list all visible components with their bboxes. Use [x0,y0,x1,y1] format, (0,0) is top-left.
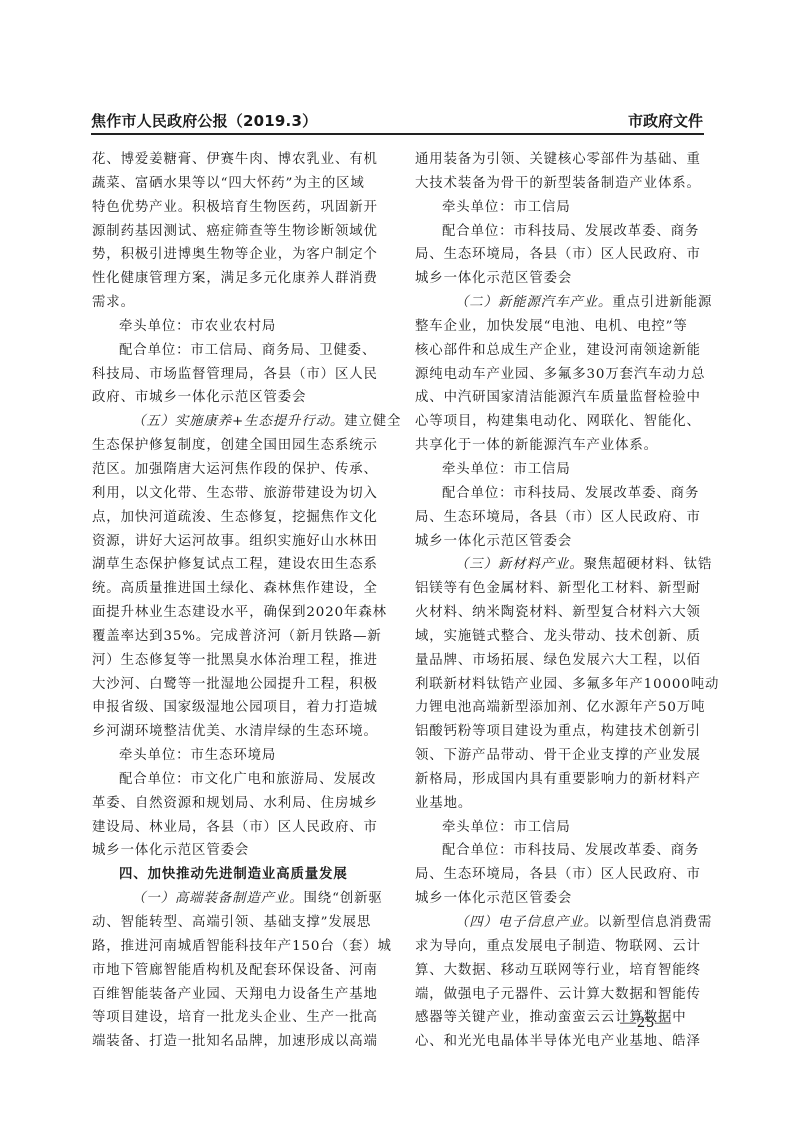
text-line: 点，加快河道疏浚、生态修复，挖掘焦作文化 [92,506,400,530]
subsection-text: 以新型信息消费需 [598,915,712,930]
subsection-title: （三）新材料产业。 [455,557,584,572]
right-column: 通用装备为引领、关键核心零部件为基础、重大技术装备为骨干的新型装备制造产业体系。… [415,148,705,1054]
text-line: 需求。 [92,291,400,315]
text-line: 端装备、打造一批知名品牌，加速形成以高端 [92,1030,400,1054]
text-line: 市地下管廊智能盾构机及配套环保设备、河南 [92,959,400,983]
text-line: 域，实施链式整合、龙头带动、技术创新、质 [415,625,705,649]
text-line: 等项目建设，培育一批龙头企业、生产一批高 [92,1006,400,1030]
text-line: 求为导向，重点发展电子制造、物联网、云计 [415,935,705,959]
text-line: 配合单位：市科技局、发展改革委、商务 [415,839,705,863]
subsection-line: （三）新材料产业。聚焦超硬材料、钛锆 [415,553,705,577]
text-line: 牵头单位：市工信局 [415,458,705,482]
text-line: 局、生态环境局，各县（市）区人民政府、市 [415,243,705,267]
text-line: 通用装备为引领、关键核心零部件为基础、重 [415,148,705,172]
text-line: 统。高质量推进国土绿化、森林焦作建设，全 [92,577,400,601]
text-line: 整车企业，加快发展“电池、电机、电控”等 [415,315,705,339]
text-line: 利联新材料钛锆产业园、多氟多年产10000吨动 [415,673,705,697]
text-line: 路，推进河南城盾智能科技年产150台（套）城 [92,935,400,959]
text-line: 配合单位：市科技局、发展改革委、商务 [415,220,705,244]
text-line: 生态保护修复制度，创建全国田园生态系统示 [92,434,400,458]
subsection-line: （一）高端装备制造产业。围绕“创新驱 [92,887,400,911]
text-line: 新格局，形成国内具有重要影响力的新材料产 [415,768,705,792]
text-line: 城乡一体化示范区管委会 [92,839,400,863]
header-rule [91,133,704,135]
subsection-title: （一）高端装备制造产业。 [132,891,304,906]
text-line: 铝酸钙粉等项目建设为重点，构建技术创新引 [415,720,705,744]
text-line: 量品牌、市场拓展、绿色发展六大工程，以佰 [415,649,705,673]
left-column: 花、博爱姜糖膏、伊赛牛肉、博农乳业、有机蔬菜、富硒水果等以“四大怀药”为主的区域… [92,148,400,1054]
text-line: 共享化于一体的新能源汽车产业体系。 [415,434,705,458]
text-line: 申报省级、国家级湿地公园项目，着力打造城 [92,696,400,720]
text-line: 河）生态修复等一批黑臭水体治理工程，推进 [92,649,400,673]
text-line: 湖草生态保护修复试点工程，建设农田生态系 [92,553,400,577]
text-line: 局、生态环境局，各县（市）区人民政府、市 [415,506,705,530]
text-line: 势，积极引进博奥生物等企业，为客户制定个 [92,243,400,267]
text-line: 牵头单位：市生态环境局 [92,744,400,768]
text-line: 领、下游产品带动、骨干企业支撑的产业发展 [415,744,705,768]
text-line: 大技术装备为骨干的新型装备制造产业体系。 [415,172,705,196]
text-line: 心、和光光电晶体半导体光电产业基地、皓泽 [415,1030,705,1054]
text-line: 特色优势产业。积极培育生物医药，巩固新开 [92,196,400,220]
subsection-line: （四）电子信息产业。以新型信息消费需 [415,911,705,935]
text-line: 源纯电动车产业园、多氟多30万套汽车动力总 [415,363,705,387]
publication-title: 焦作市人民政府公报（2019.3） [91,110,317,131]
text-line: 革委、自然资源和规划局、水利局、住房城乡 [92,792,400,816]
text-line: 牵头单位：市工信局 [415,196,705,220]
text-line: 覆盖率达到35%。完成普济河（新月铁路—新 [92,625,400,649]
text-line: 火材料、纳米陶瓷材料、新型复合材料六大领 [415,601,705,625]
text-line: 成、中汽研国家清洁能源汽车质量监督检验中 [415,386,705,410]
text-line: 核心部件和总成生产企业，建设河南领途新能 [415,339,705,363]
text-line: 源制药基因测试、癌症筛查等生物诊断领域优 [92,220,400,244]
text-line: 面提升林业生态建设水平，确保到2020年森林 [92,601,400,625]
text-line: 牵头单位：市工信局 [415,816,705,840]
text-line: 花、博爱姜糖膏、伊赛牛肉、博农乳业、有机 [92,148,400,172]
subsection-title: （四）电子信息产业。 [455,915,598,930]
text-line: 算、大数据、移动互联网等行业，培育智能终 [415,959,705,983]
text-line: 大沙河、白鹭等一批湿地公园提升工程，积极 [92,673,400,697]
text-line: 性化健康管理方案，满足多元化康养人群消费 [92,267,400,291]
text-line: 业基地。 [415,792,705,816]
running-header: 焦作市人民政府公报（2019.3） 市政府文件 [91,110,703,132]
text-line: 动、智能转型、高端引领、基础支撑”发展思 [92,911,400,935]
text-line: 城乡一体化示范区管委会 [415,530,705,554]
text-line: 城乡一体化示范区管委会 [415,887,705,911]
subsection-text: 建立健全 [344,414,401,429]
text-line: 利用，以文化带、生态带、旅游带建设为切入 [92,482,400,506]
text-line: 心等项目，构建集电动化、网联化、智能化、 [415,410,705,434]
subsection-title: （五）实施康养+生态提升行动。 [132,414,344,429]
text-line: 城乡一体化示范区管委会 [415,267,705,291]
text-line: 局、生态环境局，各县（市）区人民政府、市 [415,863,705,887]
text-line: 政府、市城乡一体化示范区管委会 [92,386,400,410]
text-line: 乡河湖环境整洁优美、水清岸绿的生态环境。 [92,720,400,744]
section-label: 市政府文件 [628,110,703,131]
subsection-line: （五）实施康养+生态提升行动。建立健全 [92,410,400,434]
text-line: 科技局、市场监督管理局，各县（市）区人民 [92,363,400,387]
text-line: 建设局、林业局，各县（市）区人民政府、市 [92,816,400,840]
section-heading: 四、加快推动先进制造业高质量发展 [92,863,400,887]
text-line: 端，做强电子元器件、云计算大数据和智能传 [415,983,705,1007]
text-line: 铝镁等有色金属材料、新型化工材料、新型耐 [415,577,705,601]
text-line: 范区。加强隋唐大运河焦作段的保护、传承、 [92,458,400,482]
text-line: 资源，讲好大运河故事。组织实施好山水林田 [92,530,400,554]
text-line: 蔬菜、富硒水果等以“四大怀药”为主的区域 [92,172,400,196]
subsection-line: （二）新能源汽车产业。重点引进新能源 [415,291,705,315]
text-line: 配合单位：市工信局、商务局、卫健委、 [92,339,400,363]
page-number: —25— [620,1014,672,1032]
subsection-text: 重点引进新能源 [612,295,712,310]
subsection-title: （二）新能源汽车产业。 [455,295,612,310]
text-line: 力锂电池高端新型添加剂、亿水源年产50万吨 [415,696,705,720]
text-line: 配合单位：市科技局、发展改革委、商务 [415,482,705,506]
text-line: 配合单位：市文化广电和旅游局、发展改 [92,768,400,792]
subsection-text: 围绕“创新驱 [304,891,383,906]
text-line: 牵头单位：市农业农村局 [92,315,400,339]
text-line: 百维智能装备产业园、天翔电力设备生产基地 [92,983,400,1007]
subsection-text: 聚焦超硬材料、钛锆 [584,557,713,572]
